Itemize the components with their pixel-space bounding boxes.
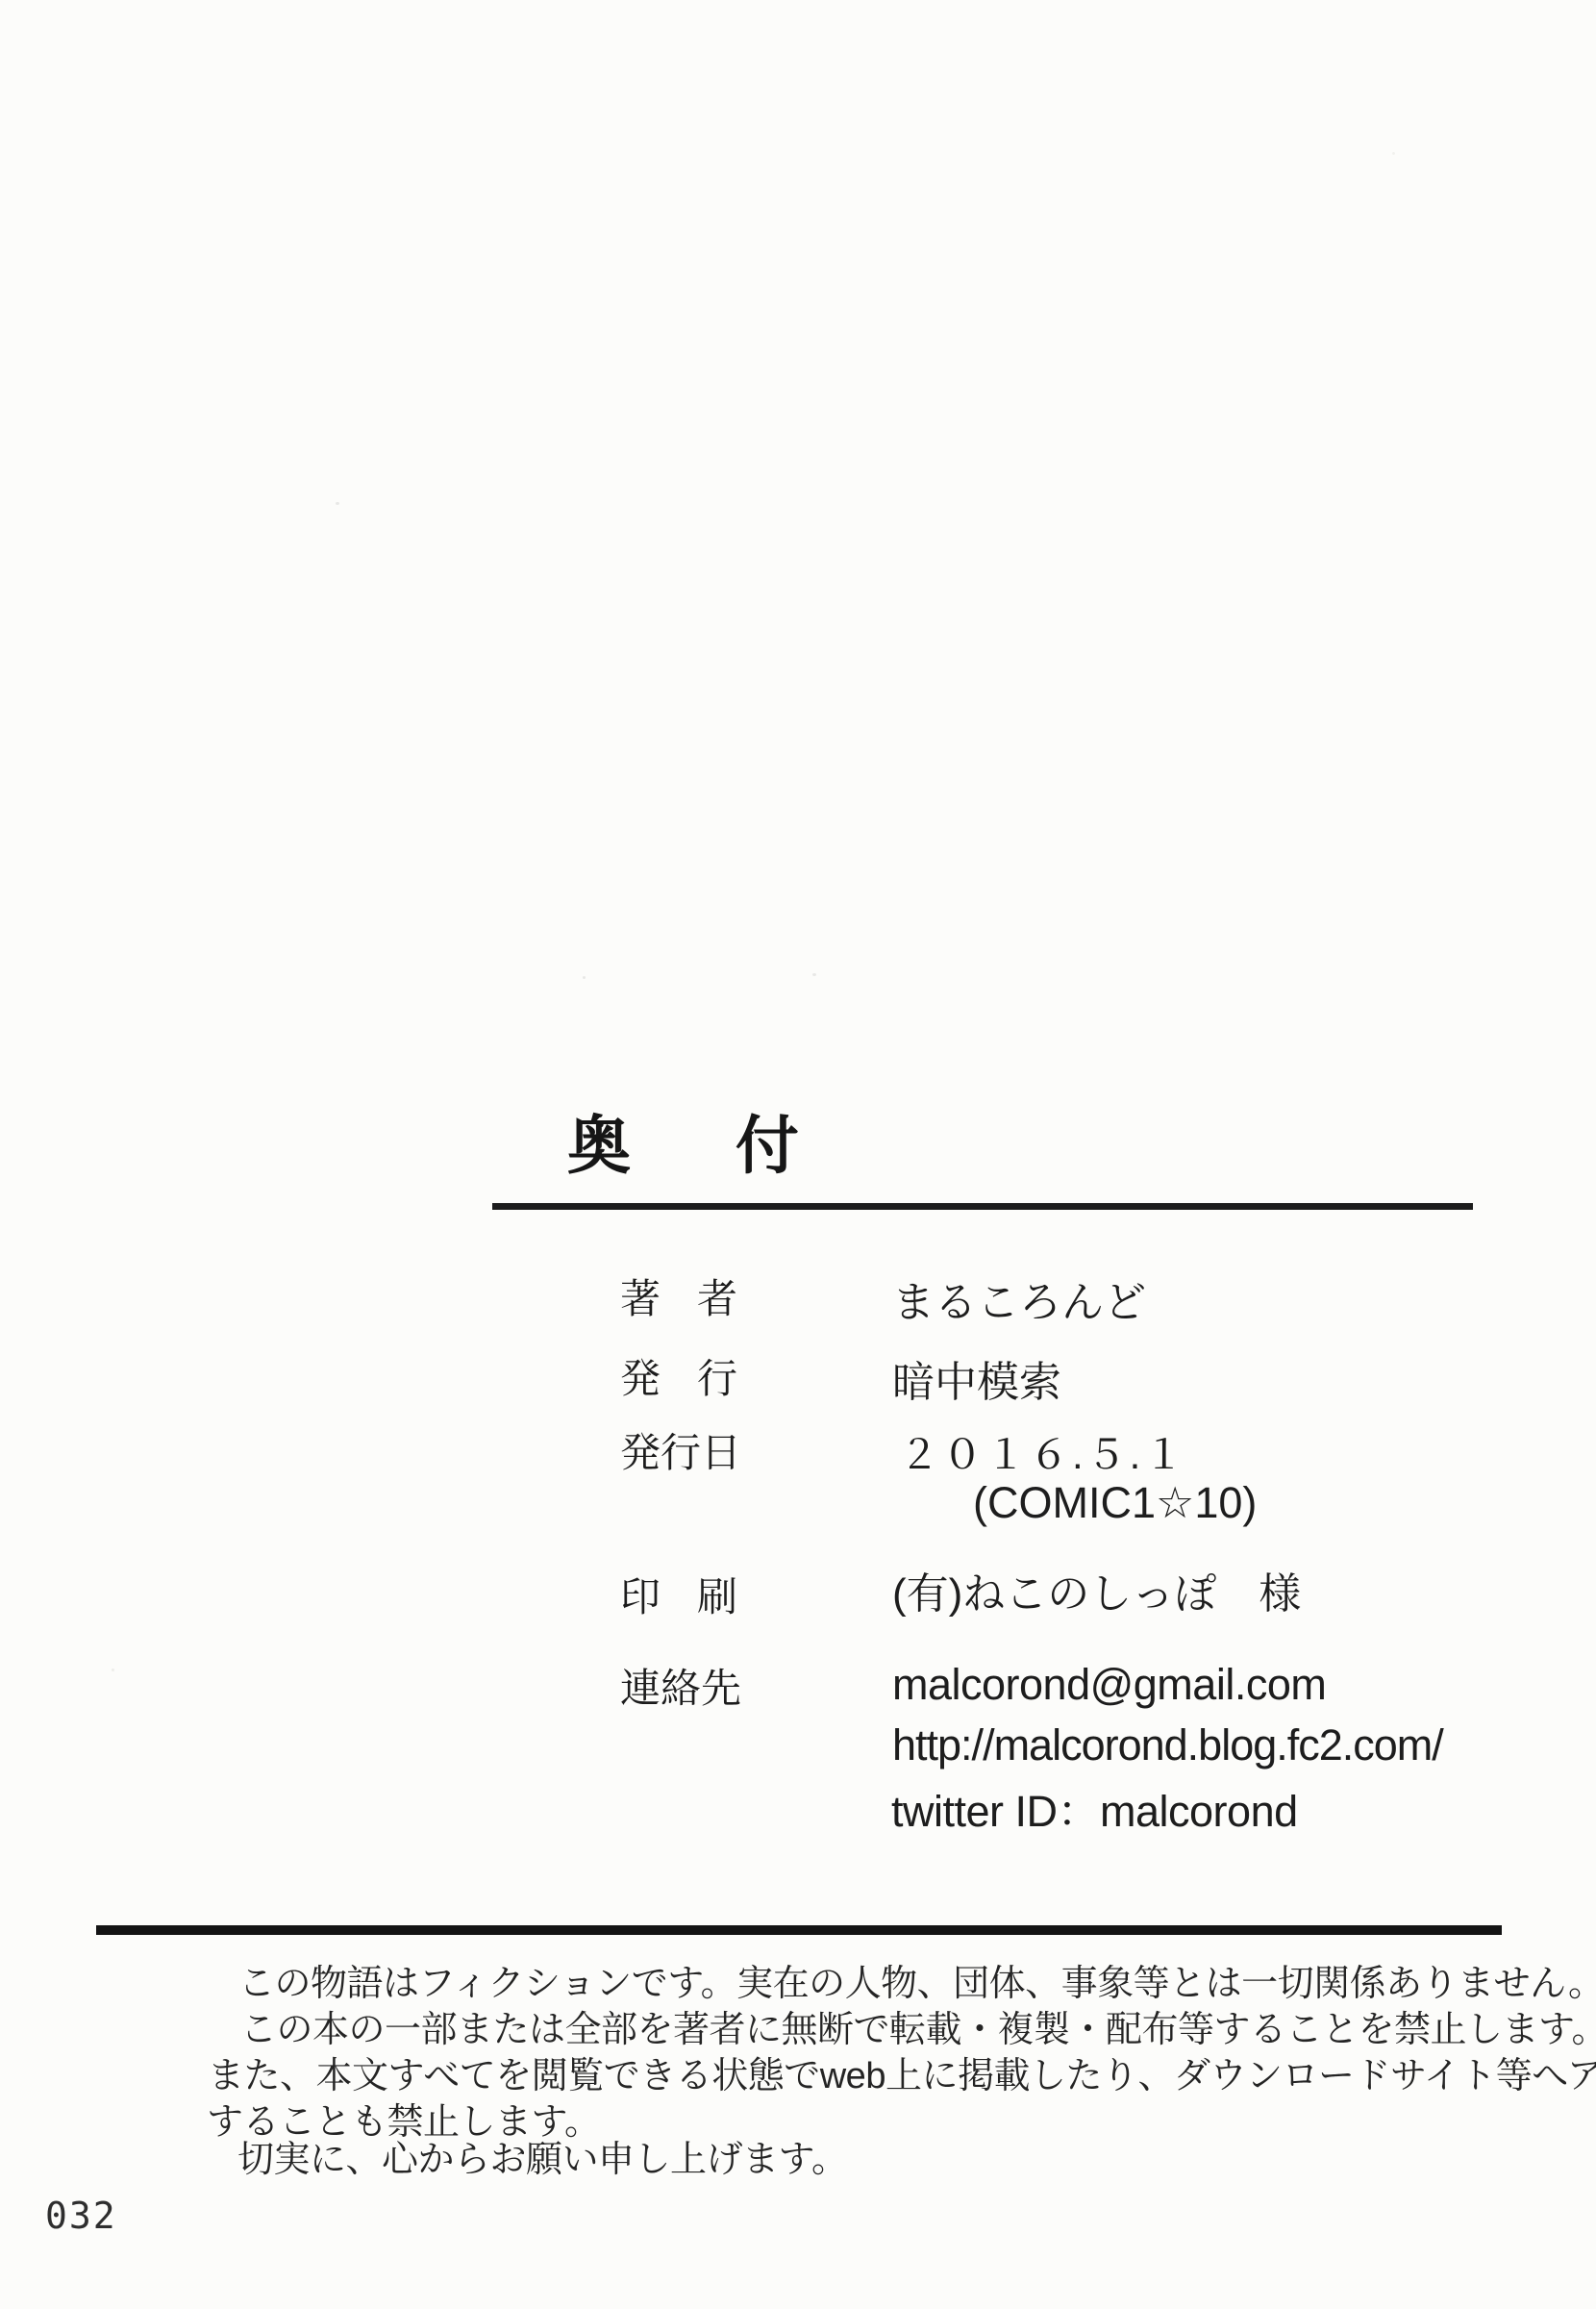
disclaimer-line: この本の一部または全部を著者に無断で転載・複製・配布等することを禁止します。	[240, 2012, 1596, 2048]
value-author: まるころんど	[892, 1282, 1146, 1324]
disclaimer-line: この物語はフィクションです。実在の人物、団体、事象等とは一切関係ありません。	[238, 1966, 1596, 2002]
value-contact-twitter: twitter ID：malcorond	[891, 1790, 1298, 1833]
page-number: 032	[45, 2195, 117, 2237]
label-contact: 連絡先	[620, 1669, 737, 1709]
title-underline	[492, 1203, 1473, 1210]
scan-speck	[583, 976, 586, 979]
label-author: 著者	[620, 1279, 737, 1319]
disclaimer-line: 切実に、心からお願い申し上げます。	[237, 2142, 847, 2178]
value-publisher: 暗中模索	[892, 1362, 1061, 1404]
value-event-name: (COMIC1☆10)	[973, 1481, 1257, 1524]
disclaimer-line: また、本文すべてを閲覧できる状態でweb上に掲載したり、ダウンロードサイト等へア…	[208, 2058, 1596, 2095]
scan-speck	[1392, 152, 1395, 155]
label-printer: 印刷	[620, 1577, 737, 1618]
footer-divider	[96, 1925, 1502, 1935]
scanned-colophon-page: { "colophon": { "title": "奥付", "rows": […	[0, 0, 1596, 2309]
scan-speck	[112, 1669, 114, 1671]
value-publication-date: ２０１６.５.１	[899, 1435, 1186, 1475]
paper-background: 奥付 著者 まるころんど 発行 暗中模索 発行日 ２０１６.５.１ (COMIC…	[0, 0, 1596, 2309]
value-contact-email: malcorond@gmail.com	[892, 1663, 1326, 1706]
page-title: 奥付	[567, 1114, 904, 1177]
label-publisher: 発行	[620, 1359, 737, 1399]
scan-speck	[812, 973, 816, 976]
label-publication-date: 発行日	[620, 1433, 737, 1473]
value-printer: (有)ねこのしっぽ 様	[892, 1573, 1301, 1616]
disclaimer-line: することも禁止します。	[207, 2104, 600, 2141]
scan-speck	[336, 502, 339, 505]
value-contact-url: http://malcorond.blog.fc2.com/	[892, 1723, 1443, 1767]
